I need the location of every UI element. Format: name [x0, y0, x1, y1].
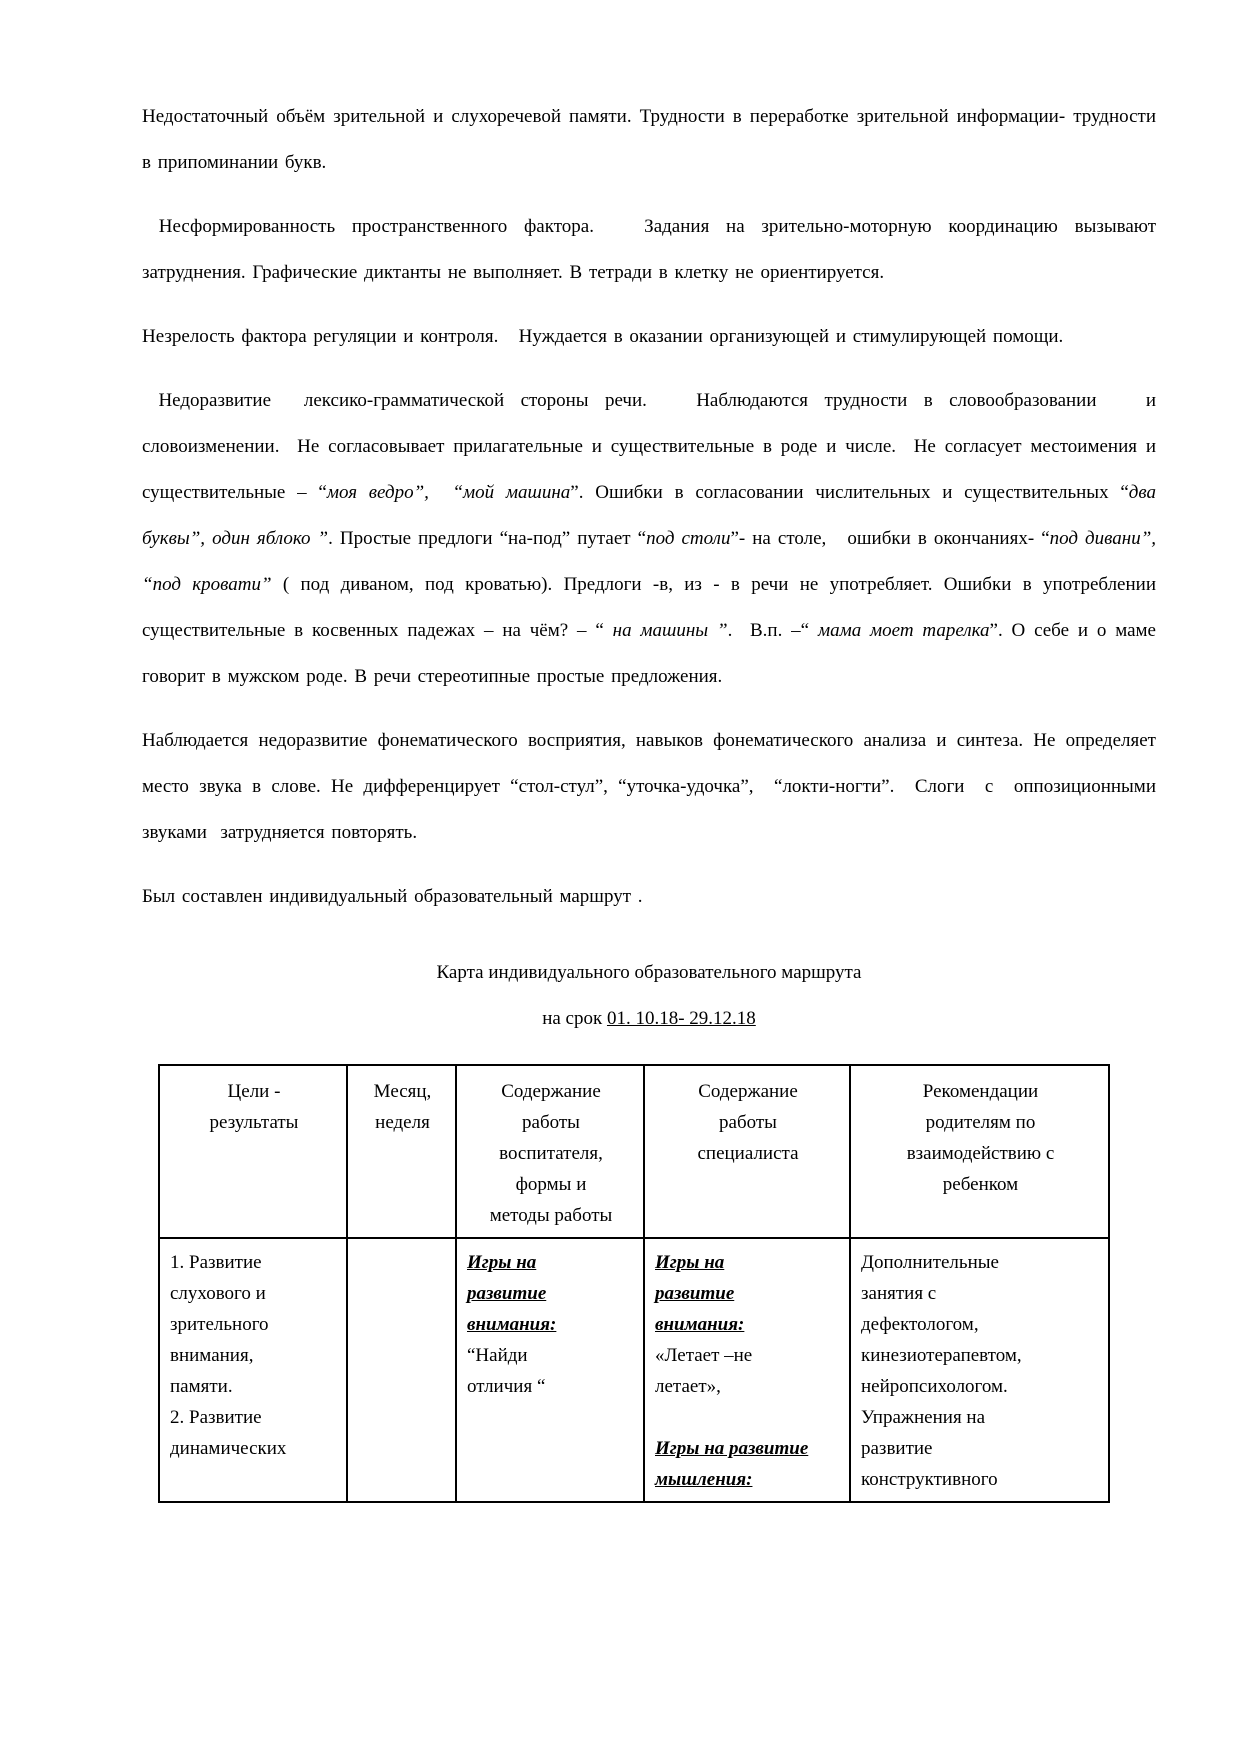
table-header-row: Цели - результаты Месяц, неделя Содержан… [159, 1065, 1109, 1238]
paragraph-spatial-factor: Несформированность пространственного фак… [142, 204, 1156, 296]
col-header-month-week: Месяц, неделя [347, 1065, 456, 1238]
route-map-table: Цели - результаты Месяц, неделя Содержан… [158, 1064, 1110, 1503]
cell-educator-work: Игры на развитие внимания: “Найди отличи… [456, 1238, 644, 1502]
route-map-title-block: Карта индивидуального образовательного м… [142, 950, 1156, 1042]
cell-specialist-work: Игры на развитие внимания: «Летает –не л… [644, 1238, 850, 1502]
document-page: Недостаточный объём зрительной и слухоре… [0, 0, 1240, 1754]
paragraph-lexico-grammatical: Недоразвитие лексико-грамматической стор… [142, 378, 1156, 700]
cell-goals-results: 1. Развитие слухового и зрительного вним… [159, 1238, 347, 1502]
paragraph-memory-deficit: Недостаточный объём зрительной и слухоре… [142, 94, 1156, 186]
route-map-title: Карта индивидуального образовательного м… [142, 950, 1156, 996]
col-header-goals-results: Цели - результаты [159, 1065, 347, 1238]
route-map-period: на срок 01. 10.18- 29.12.18 [142, 996, 1156, 1042]
col-header-parent-recommendations: Рекомендации родителям по взаимодействию… [850, 1065, 1109, 1238]
paragraph-regulation-factor: Незрелость фактора регуляции и контроля.… [142, 314, 1156, 360]
cell-parent-recommendations: Дополнительные занятия с дефектологом, к… [850, 1238, 1109, 1502]
col-header-educator-work: Содержание работы воспитателя, формы и м… [456, 1065, 644, 1238]
col-header-specialist-work: Содержание работы специалиста [644, 1065, 850, 1238]
cell-month-week [347, 1238, 456, 1502]
table-row: 1. Развитие слухового и зрительного вним… [159, 1238, 1109, 1502]
paragraph-route-created: Был составлен индивидуальный образовател… [142, 874, 1156, 920]
paragraph-phonemic-perception: Наблюдается недоразвитие фонематического… [142, 718, 1156, 856]
